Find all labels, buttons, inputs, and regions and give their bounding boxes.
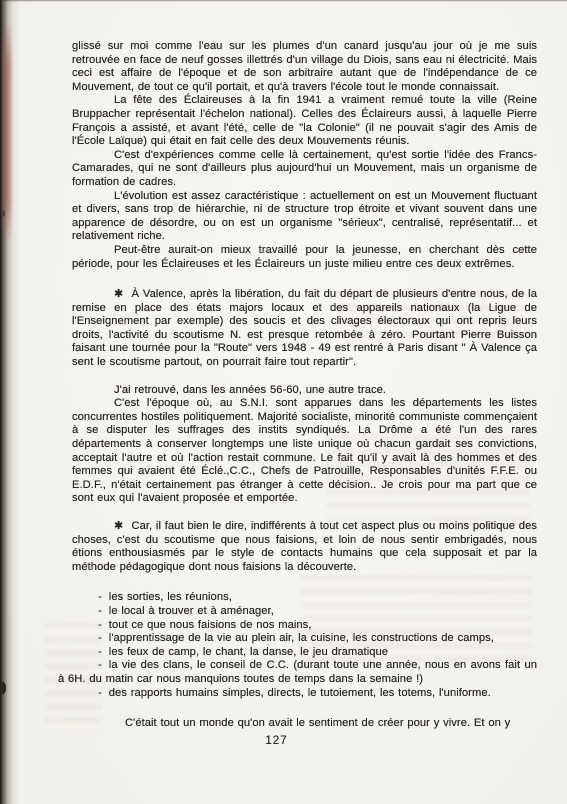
list-item-text: l'apprentissage de la vie au plein air, …	[109, 632, 494, 644]
asterisk-marker: ✱	[114, 520, 123, 532]
list-item-text: la vie des clans, le conseil de C.C. (du…	[58, 659, 537, 685]
bullet-list: -les sorties, les réunions, -le local à …	[72, 591, 537, 700]
list-item-text: tout ce que nous faisions de nos mains,	[109, 619, 312, 631]
scan-speck	[0, 682, 6, 694]
dash-marker: -	[98, 659, 102, 671]
dash-marker: -	[98, 605, 102, 617]
list-item-text: des rapports humains simples, directs, l…	[109, 687, 491, 699]
list-item: -la vie des clans, le conseil de C.C. (d…	[58, 659, 537, 686]
page-text-block: glissé sur moi comme l'eau sur les plume…	[72, 40, 537, 731]
list-item: -les feux de camp, le chant, la danse, l…	[72, 646, 537, 660]
dash-marker: -	[98, 591, 102, 603]
paragraph: L'évolution est assez caractéristique : …	[72, 190, 537, 244]
scanned-book-page: glissé sur moi comme l'eau sur les plume…	[0, 0, 567, 804]
paragraph: C'est d'expériences comme celle là certa…	[72, 149, 537, 190]
paragraph: Peut-être aurait-on mieux travaillé pour…	[72, 244, 537, 271]
paragraph: J'ai retrouvé, dans les années 56-60, un…	[72, 384, 537, 398]
page-number: 127	[0, 735, 553, 747]
list-item: -des rapports humains simples, directs, …	[72, 687, 537, 701]
list-item-text: les feux de camp, le chant, la danse, le…	[109, 646, 388, 658]
list-item: -les sorties, les réunions,	[72, 591, 537, 605]
paragraph: C'est l'époque où, au S.N.I. sont apparu…	[72, 397, 537, 506]
asterisk-marker: ✱	[114, 288, 123, 300]
dash-marker: -	[98, 619, 102, 631]
paragraph-with-asterisk: ✱À Valence, après la libération, du fait…	[72, 288, 537, 370]
list-item: -tout ce que nous faisions de nos mains,	[72, 619, 537, 633]
list-item-text: le local à trouver et à aménager,	[109, 605, 274, 617]
dash-marker: -	[98, 632, 102, 644]
scan-speck	[1, 210, 5, 217]
list-item: -l'apprentissage de la vie au plein air,…	[72, 632, 537, 646]
paragraph-with-asterisk: ✱Car, il faut bien le dire, indifférents…	[72, 520, 537, 574]
closing-line: C'était tout un monde qu'on avait le sen…	[125, 717, 537, 731]
paragraph-text: Car, il faut bien le dire, indifférents …	[72, 520, 537, 573]
paragraph: glissé sur moi comme l'eau sur les plume…	[72, 40, 537, 94]
list-item-text: les sorties, les réunions,	[109, 591, 232, 603]
scan-top-edge	[0, 0, 567, 2]
paragraph: La fête des Éclaireuses à la fin 1941 a …	[72, 94, 537, 148]
binding-red-tint	[3, 22, 11, 242]
dash-marker: -	[98, 646, 102, 658]
dash-marker: -	[98, 687, 102, 699]
paragraph-text: À Valence, après la libération, du fait …	[72, 288, 537, 368]
list-item: -le local à trouver et à aménager,	[72, 605, 537, 619]
